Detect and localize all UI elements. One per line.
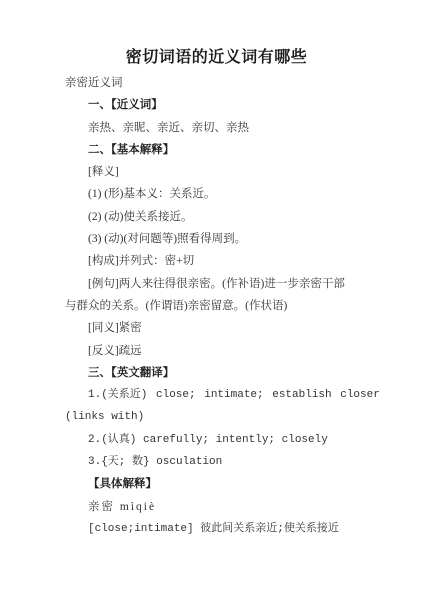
doc-line-example-1: [例句]两人来往得很亲密。(作补语)进一步亲密干部	[65, 273, 368, 295]
doc-line-antonym: [反义]疏远	[65, 340, 368, 362]
doc-line-definition-3: (3) (动)(对问题等)照看得周到。	[65, 228, 368, 250]
doc-line-definition-2: (2) (动)使关系接近。	[65, 206, 368, 228]
doc-line-subtitle: 亲密近义词	[65, 72, 368, 94]
doc-line-shiyi-label: [释义]	[65, 161, 368, 183]
doc-line-definition-1: (1) (形)基本义：关系近。	[65, 183, 368, 205]
doc-line-synonym: [同义]紧密	[65, 317, 368, 339]
doc-line-english-2: 2.(认真) carefully; intently; closely	[65, 429, 368, 451]
doc-line-english-3: 3.{天; 数} osculation	[65, 451, 368, 473]
doc-line-english-1-cont: (links with)	[65, 406, 368, 428]
doc-line-pinyin: 亲密 mìqiè	[65, 496, 368, 518]
page-title: 密切词语的近义词有哪些	[65, 46, 368, 70]
heading-english-translation: 三、【英文翻译】	[65, 362, 368, 384]
doc-line-example-2: 与群众的关系。(作谓语)亲密留意。(作状语)	[65, 295, 368, 317]
doc-line-composition: [构成]并列式：密+切	[65, 250, 368, 272]
document-page: 密切词语的近义词有哪些 亲密近义词 一、【近义词】 亲热、亲昵、亲近、亲切、亲热…	[0, 0, 424, 600]
heading-basic-explanation: 二、【基本解释】	[65, 139, 368, 161]
doc-line-synonym-list: 亲热、亲昵、亲近、亲切、亲热	[65, 117, 368, 139]
doc-line-close-intimate: [close;intimate] 彼此间关系亲近;使关系接近	[65, 518, 368, 540]
doc-line-english-1: 1.(关系近) close; intimate; establish close…	[65, 384, 368, 406]
heading-synonyms: 一、【近义词】	[65, 94, 368, 116]
heading-detailed-explanation: 【具体解释】	[65, 473, 368, 495]
